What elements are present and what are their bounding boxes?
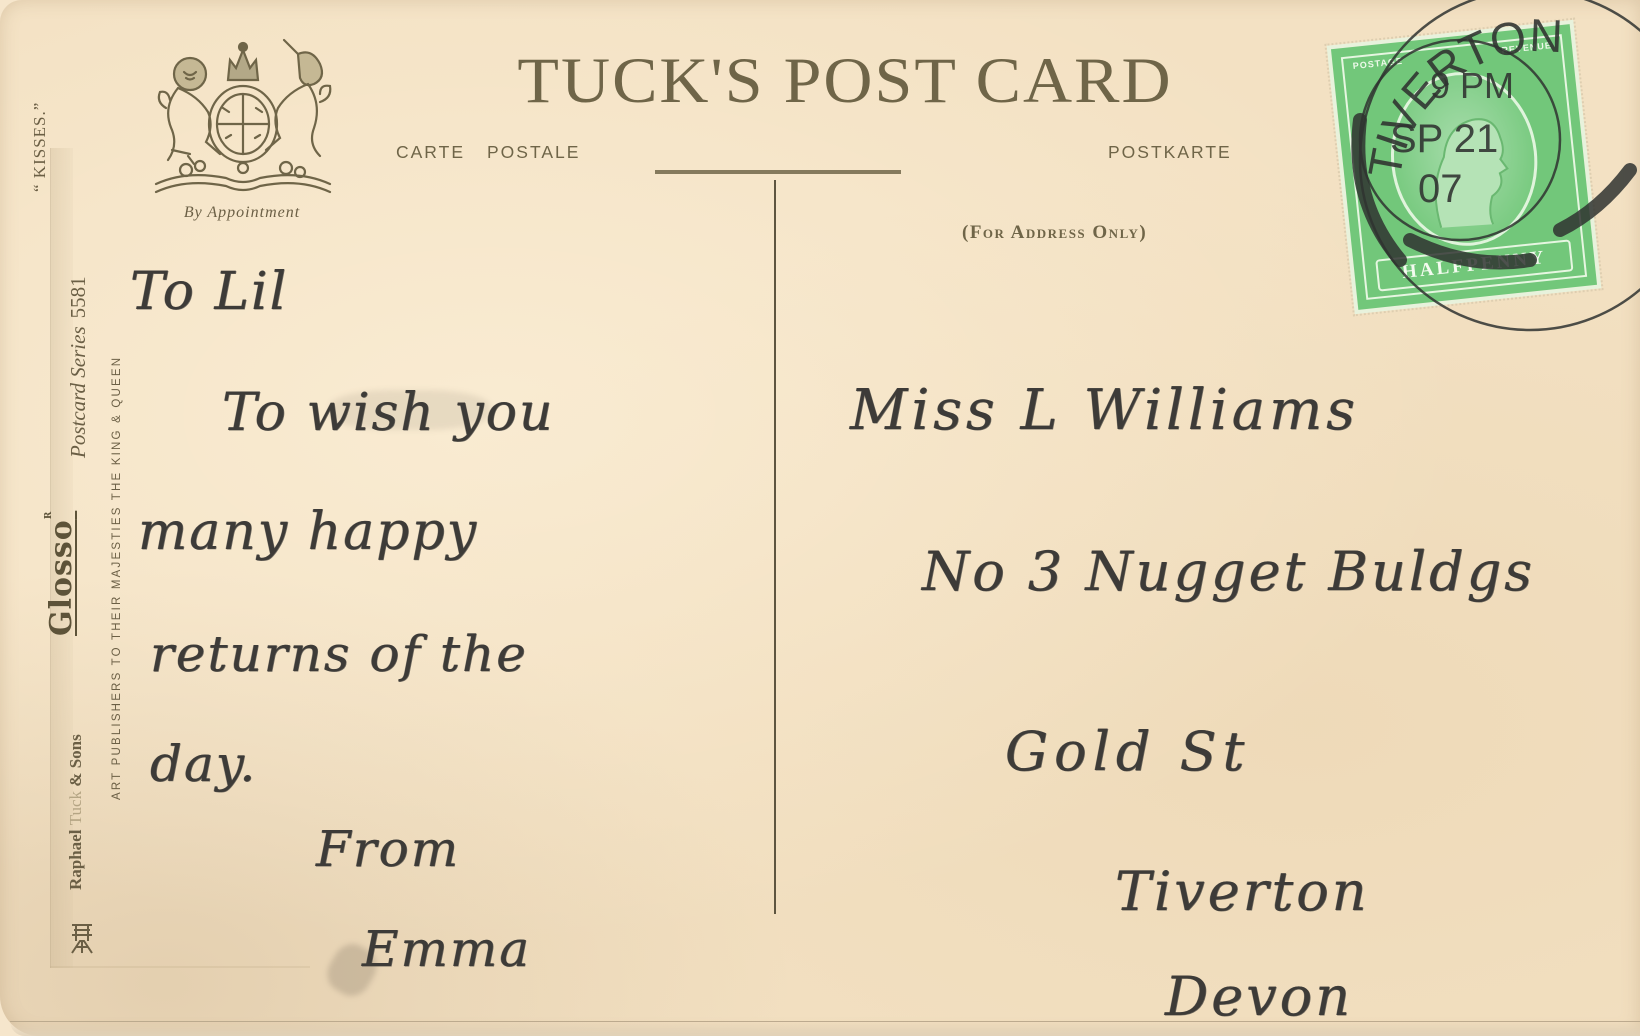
portrait-profile-icon (1386, 68, 1543, 250)
message-line: To wish you (222, 383, 555, 443)
postcard-back: “ KISSES.” Postcard Series5581 GlossoR R… (0, 0, 1640, 1036)
address-line: Gold St (1005, 720, 1250, 783)
address-line: Tiverton (1115, 860, 1370, 923)
glosso-text: Glosso (44, 519, 79, 636)
series-text: Postcard Series (66, 326, 90, 458)
message-line: From (316, 820, 460, 878)
message-signature: Emma (362, 920, 531, 978)
carte-word: CARTE (396, 142, 465, 162)
publisher-name-faded: Tuck (66, 791, 85, 825)
royal-coat-of-arms-icon (148, 38, 338, 200)
royal-warrant-text: By Appointment (152, 204, 332, 222)
card-bottom-edge (10, 1021, 1640, 1036)
message-line: day. (150, 735, 257, 793)
easel-trademark-icon (66, 921, 98, 955)
publisher-name-first: Raphael (66, 830, 85, 890)
carte-postale-label: CARTEPOSTALE (396, 142, 580, 163)
left-margin-strip-bottom (50, 966, 310, 968)
publisher-credit: ART PUBLISHERS TO THEIR MAJESTIES THE KI… (111, 356, 123, 800)
postale-word: POSTALE (487, 142, 580, 162)
postcard-title: TUCK'S POST CARD (450, 42, 1240, 118)
address-line: Devon (1165, 965, 1353, 1028)
postkarte-label: POSTKARTE (1108, 142, 1232, 163)
address-only-notice: (For Address Only) (962, 222, 1147, 244)
card-name-label: “ KISSES.” (30, 102, 50, 192)
address-line: No 3 Nugget Buldgs (922, 540, 1535, 603)
king-portrait-icon (1382, 65, 1545, 253)
message-line: To Lil (130, 262, 288, 322)
series-number: 5581 (66, 276, 90, 318)
registered-mark: R (44, 511, 54, 519)
glosso-logo: GlossoR (44, 511, 79, 636)
address-line: Miss L Williams (850, 378, 1359, 443)
halfpenny-stamp: POSTAGE REVENUE HALFPENNY (1331, 24, 1597, 310)
center-divider (774, 180, 776, 914)
message-line: returns of the (150, 625, 528, 683)
postage-stamp: POSTAGE REVENUE HALFPENNY (1332, 28, 1604, 308)
message-line: many happy (138, 502, 478, 562)
publisher-name: Raphael Tuck & Sons (66, 734, 86, 890)
publisher-name-last: & Sons (66, 734, 85, 786)
header-rule (655, 170, 901, 174)
series-label: Postcard Series5581 (66, 276, 91, 458)
